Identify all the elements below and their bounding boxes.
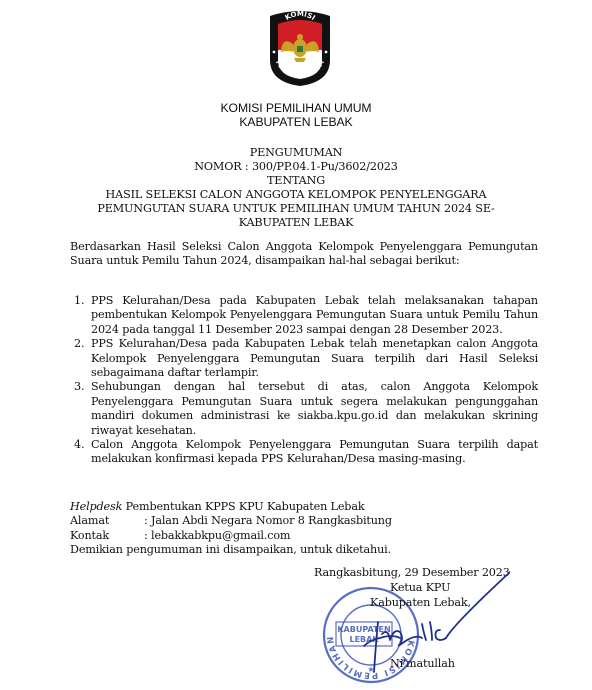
svg-text:★: ★ (367, 665, 374, 674)
document-type: PENGUMUMAN (0, 146, 592, 160)
item-number: 3. (74, 380, 84, 394)
helpdesk-label: Helpdesk (70, 500, 122, 513)
item-number: 2. (74, 337, 84, 351)
place-date: Rangkasbitung, 29 Desember 2023 (314, 566, 510, 580)
address-value: : Jalan Abdi Negara Nomor 8 Rangkasbitun… (144, 514, 392, 528)
signer-role: Ketua KPU (390, 581, 450, 595)
item-text: PPS Kelurahan/Desa pada Kabupaten Lebak … (91, 337, 538, 379)
document-number: NOMOR : 300/PP.04.1-Pu/3602/2023 (0, 160, 592, 174)
contact-label: Kontak (70, 529, 144, 543)
list-item: 4.Calon Anggota Kelompok Penyelenggara P… (70, 438, 538, 467)
item-text: PPS Kelurahan/Desa pada Kabupaten Lebak … (91, 294, 538, 336)
contact-email: : lebakkabkpu@gmail.com (144, 529, 290, 543)
header-institution: KOMISI PEMILIHAN UMUM (0, 101, 592, 115)
signer-office: Kabupaten Lebak, (370, 596, 471, 610)
kpu-logo-icon: KOMISI PEMILIHAN UMUM (264, 8, 336, 88)
list-item: 1.PPS Kelurahan/Desa pada Kabupaten Leba… (70, 294, 538, 337)
document-tentang: TENTANG (0, 174, 592, 188)
list-item: 3.Sehubungan dengan hal tersebut di atas… (70, 380, 538, 438)
subject-line-3: KABUPATEN LEBAK (0, 216, 592, 230)
points-list: 1.PPS Kelurahan/Desa pada Kabupaten Leba… (70, 294, 538, 467)
announcement-document: KOMISI PEMILIHAN UMUM KOMISI PEMILIHAN U… (0, 0, 592, 690)
subject-line-2: PEMUNGUTAN SUARA UNTUK PEMILIHAN UMUM TA… (0, 202, 592, 216)
contact-row: Kontak : lebakkabkpu@gmail.com (70, 529, 538, 543)
document-subject: HASIL SELEKSI CALON ANGGOTA KELOMPOK PEN… (0, 188, 592, 231)
helpdesk-title: Helpdesk Pembentukan KPPS KPU Kabupaten … (70, 500, 538, 514)
item-number: 1. (74, 294, 84, 308)
list-item: 2.PPS Kelurahan/Desa pada Kabupaten Leba… (70, 337, 538, 380)
signer-name: Ni'matullah (390, 657, 455, 671)
item-text: Sehubungan dengan hal tersebut di atas, … (91, 380, 538, 436)
helpdesk-label-rest: Pembentukan KPPS KPU Kabupaten Lebak (122, 500, 364, 513)
svg-text:LEBAK: LEBAK (349, 635, 379, 644)
header-regency: KABUPATEN LEBAK (0, 115, 592, 129)
address-row: Alamat : Jalan Abdi Negara Nomor 8 Rangk… (70, 514, 538, 528)
item-text: Calon Anggota Kelompok Penyelenggara Pem… (91, 438, 538, 465)
address-label: Alamat (70, 514, 144, 528)
intro-paragraph: Berdasarkan Hasil Seleksi Calon Anggota … (70, 240, 538, 269)
item-number: 4. (74, 438, 84, 452)
subject-line-1: HASIL SELEKSI CALON ANGGOTA KELOMPOK PEN… (0, 188, 592, 202)
closing-sentence: Demikian pengumuman ini disampaikan, unt… (70, 543, 538, 557)
svg-text:KABUPATEN: KABUPATEN (337, 625, 390, 634)
helpdesk-block: Helpdesk Pembentukan KPPS KPU Kabupaten … (70, 500, 538, 558)
